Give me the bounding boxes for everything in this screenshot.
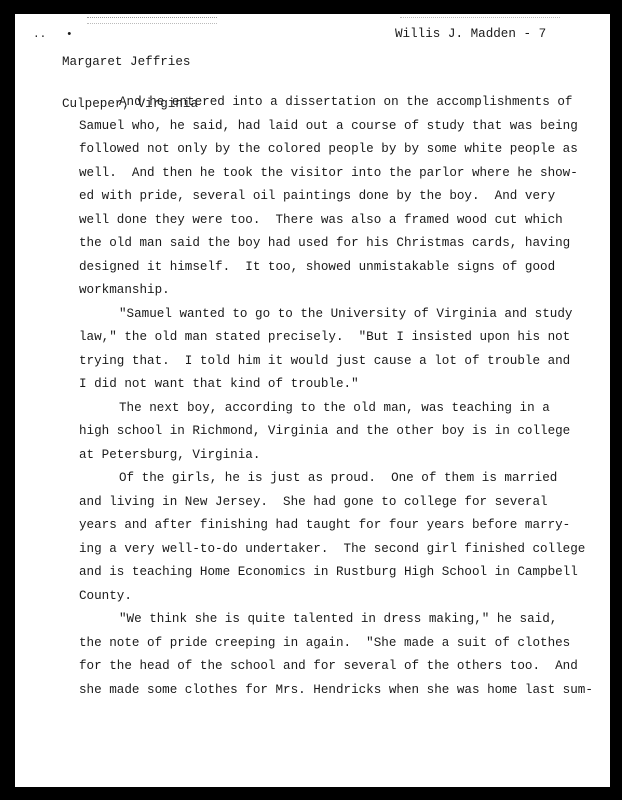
text-line: at Petersburg, Virginia. <box>79 444 599 468</box>
text-line: Of the girls, he is just as proud. One o… <box>79 467 599 491</box>
text-line: The next boy, according to the old man, … <box>79 397 599 421</box>
typed-page: .. • Margaret Jeffries Culpeper, Virgini… <box>15 14 610 787</box>
text-line: trying that. I told him it would just ca… <box>79 350 599 374</box>
text-line: County. <box>79 585 599 609</box>
text-line: I did not want that kind of trouble." <box>79 373 599 397</box>
text-line: "Samuel wanted to go to the University o… <box>79 303 599 327</box>
text-line: ed with pride, several oil paintings don… <box>79 185 599 209</box>
text-line: And he entered into a dissertation on th… <box>79 91 599 115</box>
author-name: Margaret Jeffries <box>62 55 198 69</box>
text-line: years and after finishing had taught for… <box>79 514 599 538</box>
crossed-out-text <box>87 17 217 24</box>
text-line: and living in New Jersey. She had gone t… <box>79 491 599 515</box>
page-header-subject: Willis J. Madden - 7 <box>395 27 546 41</box>
text-line: followed not only by the colored people … <box>79 138 599 162</box>
text-line: well done they were too. There was also … <box>79 209 599 233</box>
text-line: the note of pride creeping in again. "Sh… <box>79 632 599 656</box>
text-line: workmanship. <box>79 279 599 303</box>
text-line: "We think she is quite talented in dress… <box>79 608 599 632</box>
faded-header-text <box>400 17 560 20</box>
text-line: well. And then he took the visitor into … <box>79 162 599 186</box>
text-line: designed it himself. It too, showed unmi… <box>79 256 599 280</box>
text-line: ing a very well-to-do undertaker. The se… <box>79 538 599 562</box>
text-line: high school in Richmond, Virginia and th… <box>79 420 599 444</box>
body-text: And he entered into a dissertation on th… <box>79 91 599 702</box>
text-line: and is teaching Home Economics in Rustbu… <box>79 561 599 585</box>
text-line: Samuel who, he said, had laid out a cour… <box>79 115 599 139</box>
text-line: the old man said the boy had used for hi… <box>79 232 599 256</box>
text-line: for the head of the school and for sever… <box>79 655 599 679</box>
text-line: law," the old man stated precisely. "But… <box>79 326 599 350</box>
text-line: she made some clothes for Mrs. Hendricks… <box>79 679 599 703</box>
